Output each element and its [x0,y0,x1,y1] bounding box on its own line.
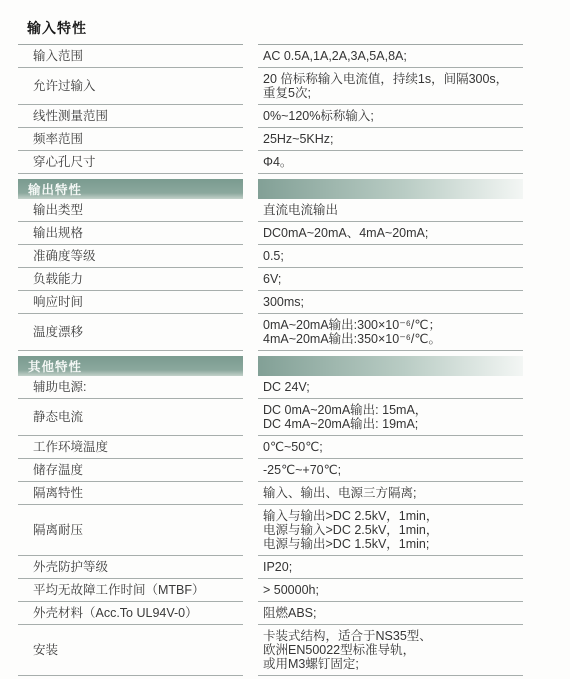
spec-value-cell: 阻燃ABS; [258,602,523,625]
column-gap [243,376,258,399]
spec-value-line: DC 24V; [263,380,523,394]
column-gap [243,45,258,68]
spec-label-cell: 准确度等级 [18,245,243,268]
spec-label: 工作环境温度 [33,440,108,454]
spec-value-line: 20 倍标称输入电流值，持续1s，间隔300s， [263,72,523,86]
spec-value-cell: 0%~120%标称输入; [258,105,523,128]
spec-row: 穿心孔尺寸Φ4。 [18,151,523,174]
spec-label-cell: 频率范围 [18,128,243,151]
spec-label-cell: 输出规格 [18,222,243,245]
spec-label-cell: 穿心孔尺寸 [18,151,243,174]
spec-value-line: 直流电流输出 [263,203,523,217]
spec-row: 隔离耐压输入与输出>DC 2.5kV，1min，电源与输入>DC 2.5kV，1… [18,505,523,556]
spec-row: 外壳材料（Acc.To UL94V-0）阻燃ABS; [18,602,523,625]
column-gap [243,68,258,105]
spec-label-cell: 外壳材料（Acc.To UL94V-0） [18,602,243,625]
spec-value-cell: 6V; [258,268,523,291]
spec-label-cell: 线性测量范围 [18,105,243,128]
spec-row: 温度漂移0mA~20mA输出:300×10⁻⁶/℃；4mA~20mA输出:350… [18,314,523,351]
column-gap [243,105,258,128]
section-bar-row: 输出特性 [18,179,523,199]
spec-value-line: 25Hz~5KHz; [263,132,523,146]
spec-label: 准确度等级 [33,249,96,263]
column-gap [243,291,258,314]
spec-row: 线性测量范围0%~120%标称输入; [18,105,523,128]
column-gap [243,482,258,505]
spec-value-line: -25℃~+70℃; [263,463,523,477]
spec-value-cell: 0mA~20mA输出:300×10⁻⁶/℃；4mA~20mA输出:350×10⁻… [258,314,523,351]
spec-value-line: 卡装式结构，适合于NS35型、 [263,629,523,643]
column-gap [243,245,258,268]
spec-row: 输入范围AC 0.5A,1A,2A,3A,5A,8A; [18,45,523,68]
section-bar-title: 其他特性 [28,357,82,375]
section-bar-right [258,179,523,199]
spec-row: 平均无故障工作时间（MTBF）> 50000h; [18,579,523,602]
column-gap [243,314,258,351]
spec-label: 穿心孔尺寸 [33,155,96,169]
spec-row: 输出规格DC0mA~20mA、4mA~20mA; [18,222,523,245]
spec-label: 温度漂移 [33,325,83,339]
spec-value-line: 欧洲EN50022型标准导轨， [263,643,523,657]
spec-label: 负载能力 [33,272,83,286]
section-heading-row: 输入特性 [18,16,523,45]
spec-value-line: IP20; [263,560,523,574]
spec-value-line: DC 0mA~20mA输出: 15mA， [263,403,523,417]
section-bar-left: 输出特性 [18,179,243,199]
column-gap [243,128,258,151]
spec-row: 输出类型直流电流输出 [18,199,523,222]
spec-label-cell: 静态电流 [18,399,243,436]
spec-value-cell: DC 0mA~20mA输出: 15mA，DC 4mA~20mA输出: 19mA; [258,399,523,436]
spec-label-cell: 允许过输入 [18,68,243,105]
spec-label-cell: 工作环境温度 [18,436,243,459]
spec-label-cell: 响应时间 [18,291,243,314]
spec-row: 响应时间300ms; [18,291,523,314]
spec-row: 储存温度-25℃~+70℃; [18,459,523,482]
spec-value-cell: 20 倍标称输入电流值，持续1s，间隔300s，重复5次; [258,68,523,105]
spec-value-cell: > 50000h; [258,579,523,602]
spec-row: 允许过输入20 倍标称输入电流值，持续1s，间隔300s，重复5次; [18,68,523,105]
column-gap [243,151,258,174]
section-bar-left: 其他特性 [18,356,243,376]
spec-label: 外壳防护等级 [33,560,108,574]
section-title: 输入特性 [27,20,87,36]
spec-value-line: > 50000h; [263,583,523,597]
spec-value-cell: 300ms; [258,291,523,314]
section-bar-right [258,356,523,376]
column-gap [243,625,258,676]
spec-value-line: 电源与输出>DC 1.5kV，1min; [263,537,523,551]
spec-value-line: 6V; [263,272,523,286]
spec-value-cell: -25℃~+70℃; [258,459,523,482]
section-heading-rule [258,16,523,45]
spec-label-cell: 温度漂移 [18,314,243,351]
spec-value-cell: Φ4。 [258,151,523,174]
spec-label: 安装 [33,643,58,657]
spec-value-cell: 输入、输出、电源三方隔离; [258,482,523,505]
spec-value-line: AC 0.5A,1A,2A,3A,5A,8A; [263,49,523,63]
spec-label: 频率范围 [33,132,83,146]
spec-value-line: 电源与输入>DC 2.5kV，1min， [263,523,523,537]
column-gap [243,505,258,556]
spec-value-line: 重复5次; [263,86,523,100]
spec-label: 响应时间 [33,295,83,309]
spec-label: 辅助电源: [33,380,86,394]
spec-value-cell: 输入与输出>DC 2.5kV，1min，电源与输入>DC 2.5kV，1min，… [258,505,523,556]
spec-label-cell: 安装 [18,625,243,676]
spec-row: 安装卡装式结构，适合于NS35型、欧洲EN50022型标准导轨，或用M3螺钉固定… [18,625,523,676]
spec-label-cell: 隔离耐压 [18,505,243,556]
section-bar-title: 输出特性 [28,180,82,198]
spec-row: 负载能力6V; [18,268,523,291]
spec-label-cell: 辅助电源: [18,376,243,399]
column-gap [243,459,258,482]
column-gap [243,579,258,602]
column-gap [243,399,258,436]
spec-value-line: 输入、输出、电源三方隔离; [263,486,523,500]
spec-value-line: Φ4。 [263,155,523,169]
spec-label-cell: 输出类型 [18,199,243,222]
spec-label: 允许过输入 [33,79,96,93]
spec-value-cell: IP20; [258,556,523,579]
spec-value-line: DC0mA~20mA、4mA~20mA; [263,226,523,240]
spec-label: 线性测量范围 [33,109,108,123]
column-gap [243,222,258,245]
spec-value-line: 0℃~50℃; [263,440,523,454]
spec-value-line: 0%~120%标称输入; [263,109,523,123]
spec-label-cell: 外壳防护等级 [18,556,243,579]
spec-label: 输出类型 [33,203,83,217]
spec-row: 辅助电源:DC 24V; [18,376,523,399]
spec-label: 外壳材料（Acc.To UL94V-0） [33,606,198,620]
spec-value-cell: AC 0.5A,1A,2A,3A,5A,8A; [258,45,523,68]
spec-label: 平均无故障工作时间（MTBF） [33,583,205,597]
spec-value-cell: 0.5; [258,245,523,268]
spec-row: 外壳防护等级IP20; [18,556,523,579]
spec-label: 输出规格 [33,226,83,240]
column-gap [243,16,258,45]
spec-label-cell: 隔离特性 [18,482,243,505]
section-heading-cell: 输入特性 [18,16,243,45]
column-gap [243,602,258,625]
spec-value-line: 输入与输出>DC 2.5kV，1min， [263,509,523,523]
spec-label-cell: 负载能力 [18,268,243,291]
column-gap [243,356,258,376]
column-gap [243,179,258,199]
spec-value-line: 0.5; [263,249,523,263]
spec-label: 储存温度 [33,463,83,477]
column-gap [243,436,258,459]
spec-sheet-page: 输入特性输入范围AC 0.5A,1A,2A,3A,5A,8A;允许过输入20 倍… [0,0,570,679]
spec-value-line: 阻燃ABS; [263,606,523,620]
spec-value-cell: DC 24V; [258,376,523,399]
spec-value-line: 4mA~20mA输出:350×10⁻⁶/℃。 [263,332,523,346]
spec-label: 隔离特性 [33,486,83,500]
spec-label: 输入范围 [33,49,83,63]
spec-row: 频率范围25Hz~5KHz; [18,128,523,151]
spec-label: 隔离耐压 [33,523,83,537]
spec-value-line: 300ms; [263,295,523,309]
spec-label-cell: 储存温度 [18,459,243,482]
spec-value-cell: 直流电流输出 [258,199,523,222]
column-gap [243,556,258,579]
spec-value-line: DC 4mA~20mA输出: 19mA; [263,417,523,431]
spec-label: 静态电流 [33,410,83,424]
spec-value-cell: 25Hz~5KHz; [258,128,523,151]
column-gap [243,199,258,222]
spec-value-cell: DC0mA~20mA、4mA~20mA; [258,222,523,245]
spec-label-cell: 平均无故障工作时间（MTBF） [18,579,243,602]
spec-table: 输入特性输入范围AC 0.5A,1A,2A,3A,5A,8A;允许过输入20 倍… [18,16,523,676]
spec-value-cell: 卡装式结构，适合于NS35型、欧洲EN50022型标准导轨，或用M3螺钉固定; [258,625,523,676]
section-bar-row: 其他特性 [18,356,523,376]
spec-row: 隔离特性输入、输出、电源三方隔离; [18,482,523,505]
spec-row: 静态电流DC 0mA~20mA输出: 15mA，DC 4mA~20mA输出: 1… [18,399,523,436]
spec-row: 工作环境温度0℃~50℃; [18,436,523,459]
spec-label-cell: 输入范围 [18,45,243,68]
spec-value-cell: 0℃~50℃; [258,436,523,459]
spec-value-line: 0mA~20mA输出:300×10⁻⁶/℃； [263,318,523,332]
column-gap [243,268,258,291]
spec-value-line: 或用M3螺钉固定; [263,657,523,671]
spec-row: 准确度等级0.5; [18,245,523,268]
